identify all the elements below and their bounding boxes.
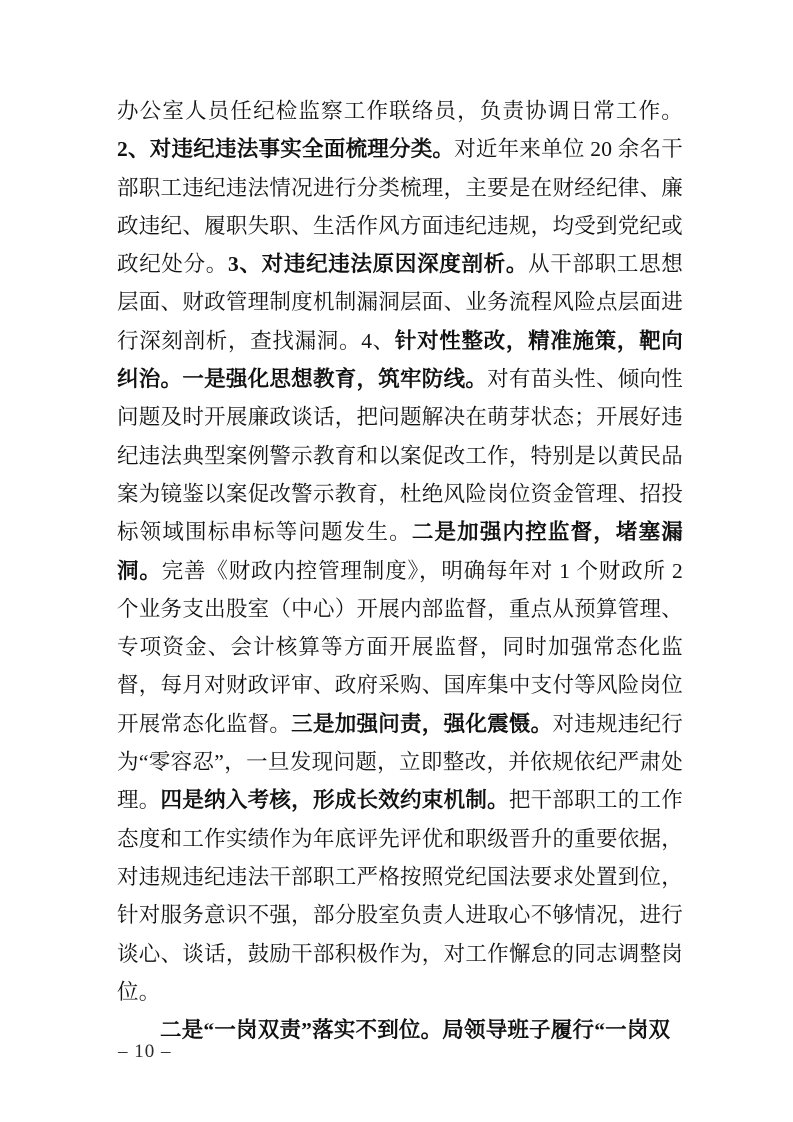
emphasis-run: 3、对违纪违法原因深度剖析。	[228, 252, 528, 276]
page-number: – 10 –	[118, 1038, 172, 1066]
document-page: 办公室人员任纪检监察工作联络员，负责协调日常工作。2、对违纪违法事实全面梳理分类…	[0, 0, 793, 1122]
text-run: 完善《财政内控管理制度》，明确每年对 1 个财政所 2 个业务支出股室（中心）开…	[117, 559, 683, 736]
emphasis-run: 四是纳入考核，形成长效约束机制。	[161, 788, 509, 812]
emphasis-run: 三是加强问责，强化震慑。	[291, 712, 552, 736]
paragraph: 二是“一岗双责”落实不到位。局领导班子履行“一岗双	[117, 1011, 683, 1049]
text-run: 办公室人员任纪检监察工作联络员，负责协调日常工作。	[117, 99, 683, 123]
emphasis-run: 2、对违纪违法事实全面梳理分类。	[117, 137, 454, 161]
text-run: 对有苗头性、倾向性问题及时开展廉政谈话，把问题解决在萌芽状态；开展好违纪违法典型…	[117, 367, 683, 544]
emphasis-run: 二是“一岗双责”落实不到位。局领导班子履行“一岗双	[160, 1018, 670, 1042]
paragraph: 办公室人员任纪检监察工作联络员，负责协调日常工作。2、对违纪违法事实全面梳理分类…	[117, 92, 683, 1011]
text-run: 把干部职工的工作态度和工作实绩作为年底评先评优和职级晋升的重要依据，对违规违纪违…	[117, 788, 683, 1003]
document-body: 办公室人员任纪检监察工作联络员，负责协调日常工作。2、对违纪违法事实全面梳理分类…	[117, 92, 683, 1049]
